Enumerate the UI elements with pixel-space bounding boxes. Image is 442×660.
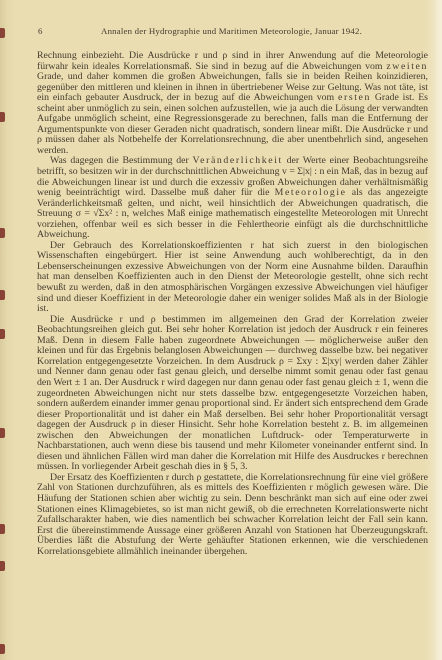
- text-segment: v = Σ|x| : n: [282, 166, 324, 177]
- scan-edge-mark: [0, 561, 5, 571]
- scan-edge-mark: [0, 428, 5, 438]
- running-header: 6 Annalen der Hydrographie und Maritimen…: [37, 26, 426, 38]
- text-segment: Veränderlichkeit: [193, 155, 283, 166]
- text-segment: Rechnung einbezieht. Die Ausdrücke r und…: [37, 50, 428, 72]
- scanned-page: 6 Annalen der Hydrographie und Maritimen…: [0, 0, 442, 660]
- text-segment: zweiten: [386, 61, 428, 72]
- page-number: 6: [38, 26, 43, 36]
- scan-edge-mark: [0, 112, 5, 122]
- journal-title: Annalen der Hydrographie und Maritimen M…: [37, 26, 426, 36]
- text-body: Rechnung einbezieht. Die Ausdrücke r und…: [37, 51, 428, 557]
- text-segment: ρ = Σxy : Σ|xy|: [279, 356, 341, 367]
- paragraph: Die Ausdrücke r und ρ bestimmen im allge…: [37, 315, 428, 473]
- scan-edge-mark: [0, 28, 5, 38]
- text-segment: ersten: [338, 92, 371, 103]
- scan-edge-mark: [0, 329, 5, 339]
- text-segment: Der Gebrauch des Korrelationskoeffizient…: [37, 240, 428, 314]
- paragraph: Was dagegen die Bestimmung der Veränderl…: [37, 156, 428, 240]
- text-segment: Meteorologie: [275, 187, 347, 198]
- paragraph: Der Ersatz des Koeffizienten r durch ρ g…: [37, 473, 428, 557]
- paragraph: Der Gebrauch des Korrelationskoeffizient…: [37, 241, 428, 315]
- text-segment: σ = √Σx² : n: [76, 208, 127, 219]
- text-segment: Was dagegen die Bestimmung der: [50, 155, 193, 166]
- scan-edge-mark: [0, 644, 5, 654]
- scan-edge-mark: [0, 524, 5, 534]
- text-segment: Der Ersatz des Koeffizienten r durch ρ g…: [37, 472, 428, 557]
- text-segment: werden daher Zähler und Nenner dann gena…: [37, 356, 428, 472]
- scan-edge-mark: [0, 228, 5, 238]
- paragraph: Rechnung einbezieht. Die Ausdrücke r und…: [37, 51, 428, 156]
- scan-edge-mark: [0, 290, 5, 300]
